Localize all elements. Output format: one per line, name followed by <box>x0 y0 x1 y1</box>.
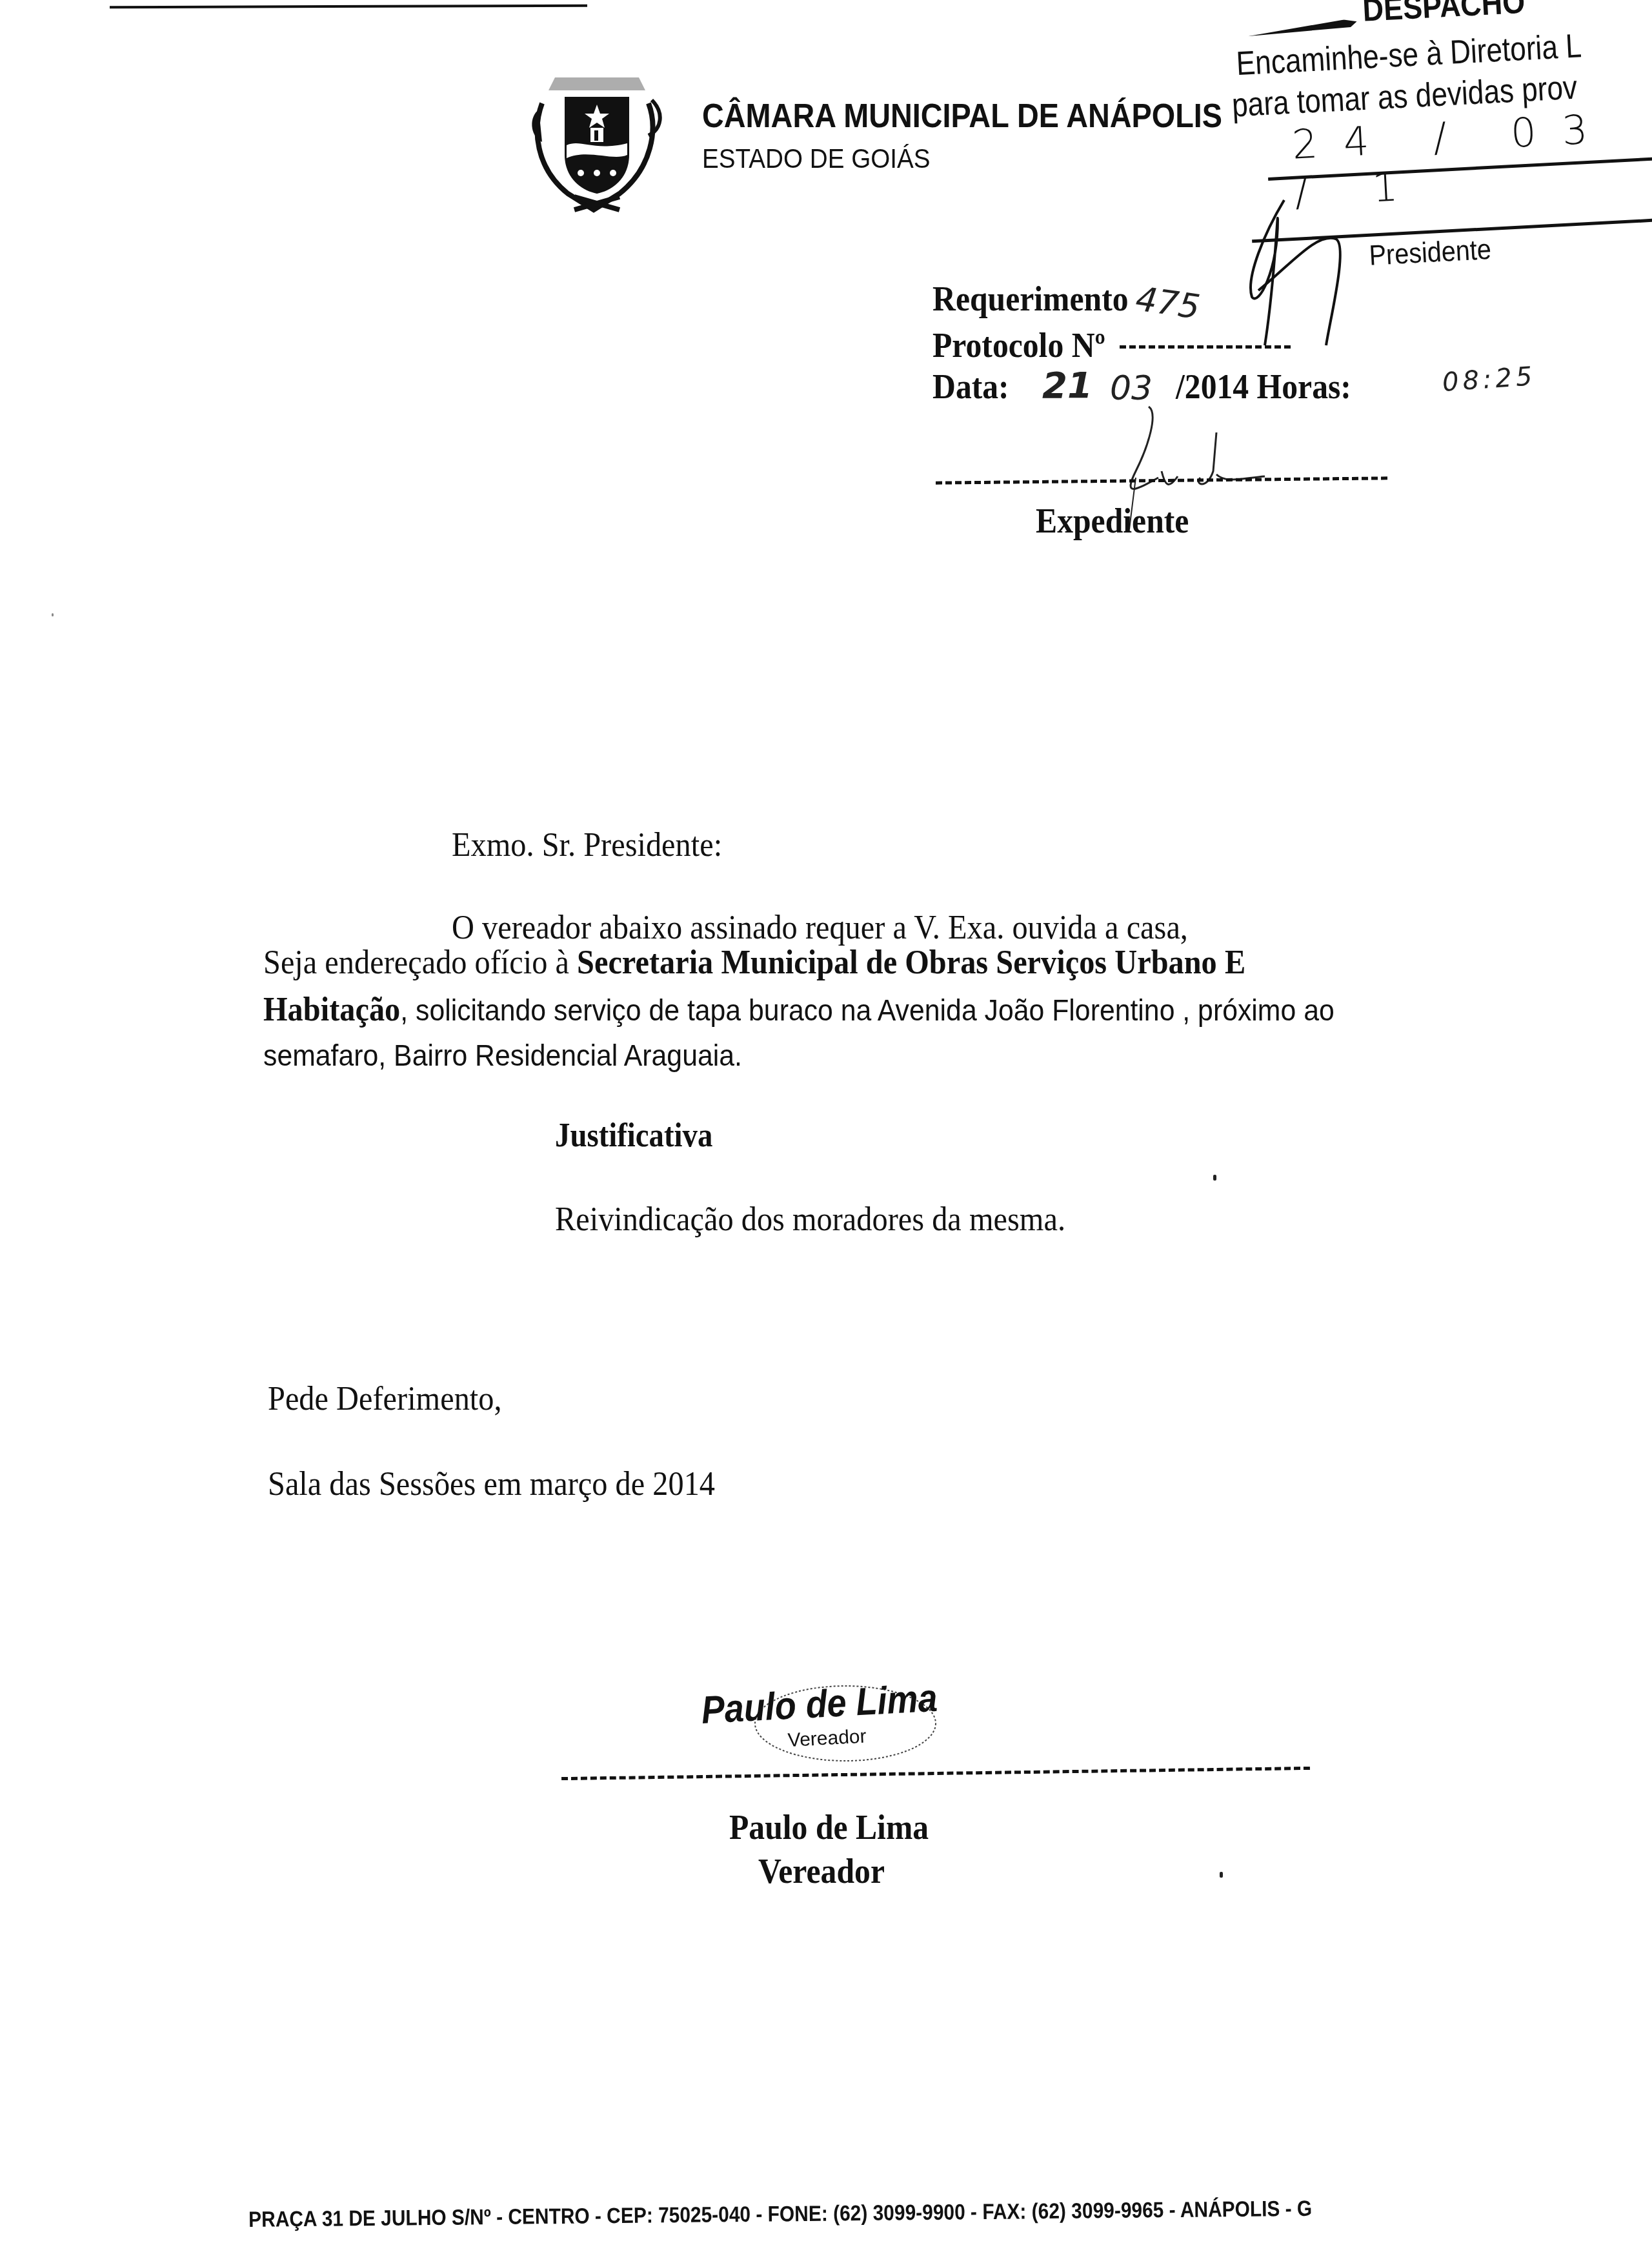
request-line-1: Seja endereçado ofício à Secretaria Muni… <box>263 944 1245 982</box>
despacho-signer-label: Presidente <box>1368 234 1492 272</box>
despacho-title: DESPACHO <box>1362 0 1526 29</box>
municipal-coat-of-arms-icon <box>529 65 665 213</box>
footer-address: PRAÇA 31 DE JULHO S/Nº - CENTRO - CEP: 7… <box>248 2197 1312 2233</box>
salutation: Exmo. Sr. Presidente: <box>452 826 722 864</box>
place-date: Sala das Sessões em março de 2014 <box>268 1465 715 1503</box>
data-label: Data: <box>932 367 1009 407</box>
signer-role: Vereador <box>758 1851 885 1891</box>
closing-text: Pede Deferimento, <box>268 1380 502 1418</box>
request-recipient: Secretaria Municipal de Obras Serviços U… <box>577 944 1245 981</box>
scan-speck <box>1220 1872 1223 1878</box>
scan-speck <box>1213 1175 1216 1181</box>
organization-name: CÂMARA MUNICIPAL DE ANÁPOLIS <box>702 97 1222 136</box>
request-detail: , solicitando serviço de tapa buraco na … <box>400 993 1334 1027</box>
signer-name: Paulo de Lima <box>729 1807 929 1847</box>
justification-text: Reivindicação dos moradores da mesma. <box>555 1201 1065 1239</box>
organization-state: ESTADO DE GOIÁS <box>702 143 931 174</box>
protocolo-dashed-line <box>1120 345 1291 349</box>
arrow-icon <box>1247 19 1358 36</box>
request-prefix: Seja endereçado ofício à <box>263 944 577 981</box>
request-line-2: Habitação, solicitando serviço de tapa b… <box>263 991 1335 1029</box>
protocolo-number: 475 <box>1133 279 1202 327</box>
request-line-3: semafaro, Bairro Residencial Araguaia. <box>263 1038 742 1073</box>
expediente-label: Expediente <box>1036 501 1189 541</box>
stamp-role: Vereador <box>787 1726 867 1752</box>
top-rule-line <box>110 5 587 9</box>
horas-value: 08:25 <box>1442 361 1537 398</box>
intro-paragraph: O vereador abaixo assinado requer a V. E… <box>452 909 1188 947</box>
president-signature-icon <box>1239 194 1381 349</box>
request-recipient-cont: Habitação <box>263 991 400 1028</box>
protocolo-label: Protocolo Nº <box>932 325 1105 365</box>
requerimento-label: Requerimento <box>932 279 1129 319</box>
scan-speck <box>52 613 54 616</box>
justification-title: Justificativa <box>555 1117 712 1155</box>
date-day: 21 <box>1042 365 1093 407</box>
